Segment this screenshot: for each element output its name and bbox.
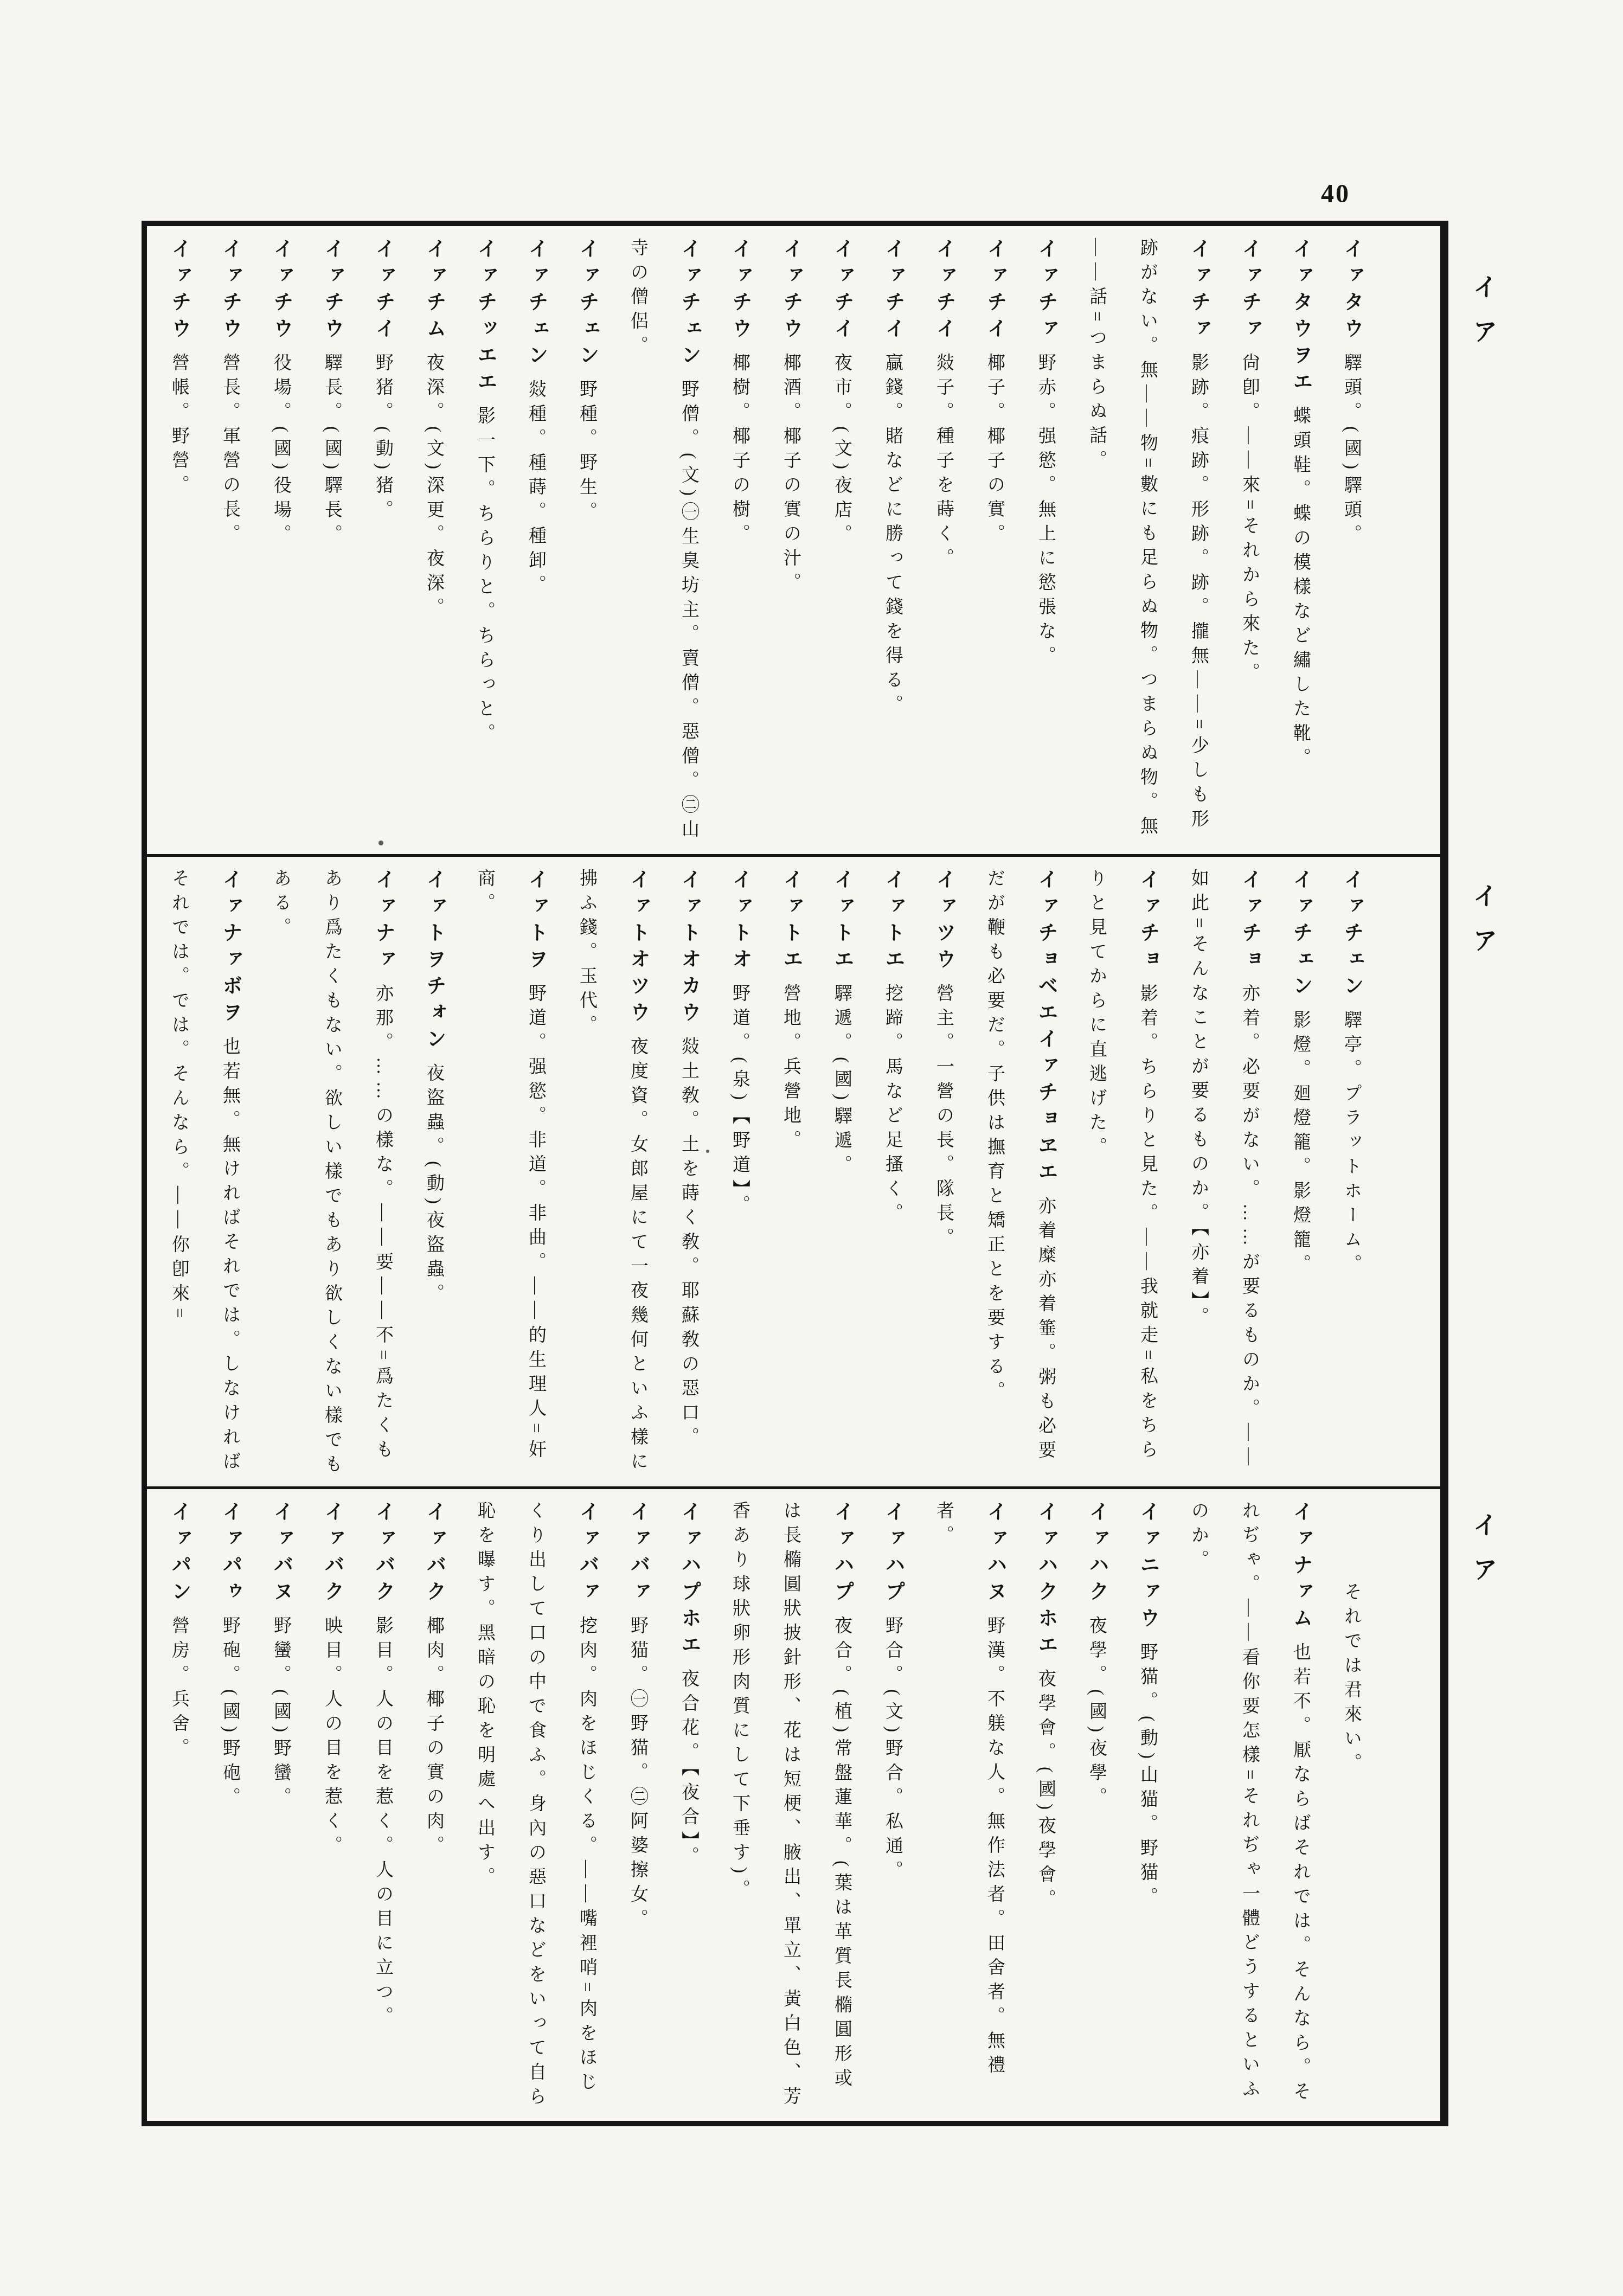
entry-headword-kana: イァチェン bbox=[525, 238, 547, 371]
entry-definition: 夜學會。(國)夜學會。 bbox=[1036, 1669, 1055, 1914]
dictionary-entry: イァチイ贏錢。賭などに勝って錢を得る。 bbox=[867, 238, 918, 849]
thumb-index-kana: ア bbox=[1470, 318, 1497, 363]
entry-headword-kana: イァナァ bbox=[372, 869, 394, 975]
dictionary-entry: イァバク影目。人の目を惹く。人の目に立つ。 bbox=[357, 1501, 408, 2115]
entry-headword-kana: イァチェン bbox=[678, 238, 700, 371]
entry-headword-kana: イァチェン bbox=[1290, 869, 1312, 1002]
dictionary-entry: イァバァ野猫。㊀野猫。㊁阿婆擦女。 bbox=[612, 1501, 663, 2115]
dictionary-entry: それでは君來い。 bbox=[1326, 1501, 1377, 2115]
entry-definition: 影目。人の目を惹く。人の目に立つ。 bbox=[373, 1616, 393, 2031]
dictionary-entry: イァチム夜深。(文)深更。夜深。 bbox=[408, 238, 459, 849]
dictionary-entry: イァタウ驛頭。(國)驛頭。 bbox=[1326, 238, 1377, 849]
thumb-index-section-1: イア bbox=[1465, 274, 1501, 363]
entry-definition: それでは君來い。 bbox=[1342, 1582, 1361, 1778]
entry-definition: 挖蹄。馬など足搔く。 bbox=[883, 984, 902, 1228]
dictionary-entry: イァチァ尙卽。――來=それから來た。 bbox=[1224, 238, 1275, 849]
entry-headword-kana: イァチァ bbox=[1035, 238, 1057, 344]
dictionary-entry: イァトエ挖蹄。馬など足搔く。 bbox=[867, 869, 918, 1481]
entry-headword-kana: イァチェン bbox=[576, 238, 598, 371]
thumb-index-kana: ア bbox=[1470, 927, 1497, 972]
entry-headword-kana: イァトヲチォン bbox=[423, 869, 445, 1055]
entry-headword-kana: イァチウ bbox=[270, 238, 292, 344]
dictionary-entry: イァバク映目。人の目を惹く。 bbox=[306, 1501, 357, 2115]
entry-definition: 椰樹。椰子の樹。 bbox=[730, 353, 749, 548]
entry-definition: 夜市。(文)夜店。 bbox=[832, 353, 851, 549]
dictionary-entry: イァトエ驛遞。(國)驛遞。 bbox=[816, 869, 867, 1481]
thumb-index-kana: ア bbox=[1470, 1556, 1497, 1601]
dictionary-entry: イァパゥ野砲。(國)野砲。 bbox=[204, 1501, 255, 2115]
dictionary-entry: イァチウ椰樹。椰子の樹。 bbox=[714, 238, 765, 849]
entry-headword-kana: イァトオカウ bbox=[678, 869, 700, 1028]
entry-definition: 椰肉。椰子の實の肉。 bbox=[424, 1616, 444, 1860]
entry-definition: 驛長。(國)驛長。 bbox=[322, 353, 342, 549]
dictionary-entry: イァトエ營地。兵營地。 bbox=[765, 869, 816, 1481]
dictionary-entry: イァナァム也若不。厭ならばそれでは。そんなら。それぢゃ。――看你要怎樣=それぢゃ… bbox=[1173, 1501, 1326, 2115]
entry-headword-kana: イァバァ bbox=[627, 1501, 649, 1607]
dictionary-entry: イァチェン野僧。(文)㊀生臭坊主。賣僧。惡僧。㊁山寺の僧侶。 bbox=[612, 238, 714, 849]
entry-definition: 敥子。種子を蒔く。 bbox=[934, 353, 953, 573]
entry-columns: イァタウ驛頭。(國)驛頭。 イァタウヲエ蝶頭鞋。蝶の模樣など繡した靴。 イァチァ… bbox=[153, 238, 1377, 849]
dictionary-entry: イァハヌ野漢。不躾な人。無作法者。田舍者。無禮者。 bbox=[918, 1501, 1020, 2115]
dictionary-entry: イァチョベエイァチョヱエ亦着糜亦着箠。粥も必要だが鞭も必要だ。子供は撫育と矯正と… bbox=[969, 869, 1071, 1481]
entry-headword-kana: イァハヌ bbox=[984, 1501, 1006, 1607]
entry-definition: 影一下。ちらりと。ちらっと。 bbox=[475, 406, 495, 748]
dictionary-band-middle: イァチェン驛亭。プラットホーム。 イァチェン影燈。廻燈籠。影燈籠。 イァチョ亦着… bbox=[147, 854, 1440, 1486]
entry-headword-kana: イァチェン bbox=[1340, 869, 1363, 1002]
dictionary-band-bottom: それでは君來い。 イァナァム也若不。厭ならばそれでは。そんなら。それぢゃ。――看… bbox=[147, 1486, 1440, 2121]
entry-definition: 營主。一營の長。隊長。 bbox=[934, 984, 953, 1252]
dictionary-entry: イァチッエエ影一下。ちらりと。ちらっと。 bbox=[459, 238, 510, 849]
dictionary-entry: イァバク椰肉。椰子の實の肉。 bbox=[408, 1501, 459, 2115]
entry-definition: 野猫。㊀野猫。㊁阿婆擦女。 bbox=[628, 1616, 647, 1933]
entry-definition: 影燈。廻燈籠。影燈籠。 bbox=[1291, 1010, 1310, 1279]
thumb-index-section-3: イア bbox=[1465, 1512, 1501, 1601]
entry-definition: 役場。(國)役場。 bbox=[271, 353, 291, 549]
entry-headword-kana: イァチョ bbox=[1239, 869, 1261, 975]
dictionary-entry: イァトオツウ夜度資。女郎屋にて一夜幾何といふ樣に拂ふ錢。玉代。 bbox=[561, 869, 663, 1481]
dictionary-frame: イァタウ驛頭。(國)驛頭。 イァタウヲエ蝶頭鞋。蝶の模樣など繡した靴。 イァチァ… bbox=[142, 221, 1448, 2126]
entry-headword-kana: イァチウ bbox=[321, 238, 343, 344]
entry-headword-kana: イァハクホエ bbox=[1035, 1501, 1057, 1660]
entry-headword-kana: イァパン bbox=[168, 1501, 190, 1607]
entry-headword-kana: イァタウヲエ bbox=[1290, 238, 1312, 397]
entry-headword-kana: イァチァ bbox=[1239, 238, 1261, 344]
dictionary-entry: イァトヲ野道。强慾。非道。非曲。――的生理人=奸商。 bbox=[459, 869, 561, 1481]
entry-headword-kana: イァタウ bbox=[1340, 238, 1363, 344]
entry-headword-kana: イァバヌ bbox=[270, 1501, 292, 1607]
dictionary-entry: イァチェン驛亭。プラットホーム。 bbox=[1326, 869, 1377, 1481]
dictionary-entry: イァチイ野猪。(動)猪。 bbox=[357, 238, 408, 849]
entry-definition: 營帳。野營。 bbox=[169, 353, 189, 499]
entry-definition: 贏錢。賭などに勝って錢を得る。 bbox=[883, 353, 902, 719]
dictionary-entry: イァナァ亦那。……の樣な。――要――不=爲たくもあり爲たくもない。欲しい樣でもあ… bbox=[255, 869, 408, 1481]
entry-definition: 蝶頭鞋。蝶の模樣など繡した靴。 bbox=[1291, 406, 1310, 772]
dictionary-entry: イァチァ野赤。强慾。無上に慾張な。 bbox=[1020, 238, 1071, 849]
entry-definition: 營房。兵舍。 bbox=[169, 1616, 189, 1762]
dictionary-entry: イァチョ亦着。必要がない。……が要るものか。――如此=そんなことが要るものか。【… bbox=[1173, 869, 1275, 1481]
dictionary-entry: イァハプホエ夜合花。【夜合】。 bbox=[663, 1501, 714, 2115]
page-number: 40 bbox=[1321, 179, 1350, 209]
dictionary-entry: イァチウ役場。(國)役場。 bbox=[255, 238, 306, 849]
thumb-index-section-2: イア bbox=[1465, 883, 1501, 972]
dictionary-entry: イァパン營房。兵舍。 bbox=[153, 1501, 204, 2115]
entry-headword-kana: イァチウ bbox=[780, 238, 802, 344]
entry-definition: 夜深。(文)深更。夜深。 bbox=[424, 353, 444, 622]
entry-columns: それでは君來い。 イァナァム也若不。厭ならばそれでは。そんなら。それぢゃ。――看… bbox=[153, 1501, 1377, 2115]
entry-headword-kana: イァバァ bbox=[576, 1501, 598, 1607]
dictionary-entry: イァトオカウ敥土敎。土を蒔く敎。耶蘇敎の惡口。 bbox=[663, 869, 714, 1481]
dictionary-entry: イァチェン敥種。種蒔。種卸。 bbox=[510, 238, 561, 849]
entry-definition: 夜盜蟲。(動)夜盜蟲。 bbox=[424, 1063, 444, 1308]
entry-definition: 野合。(文)野合。私通。 bbox=[883, 1616, 902, 1885]
entry-definition: 野砲。(國)野砲。 bbox=[220, 1616, 240, 1812]
dictionary-entry: イァチウ椰酒。椰子の實の汁。 bbox=[765, 238, 816, 849]
entry-definition: 椰子。椰子の實。 bbox=[985, 353, 1004, 548]
dictionary-entry: イァチョ影着。ちらりと見た。――我就走=私をちらりと見てからに直逃げた。 bbox=[1071, 869, 1173, 1481]
entry-definition: 野猫。(動)山猫。野猫。 bbox=[1138, 1643, 1157, 1912]
entry-headword-kana: イァチウ bbox=[729, 238, 751, 344]
entry-definition: 野種。野生。 bbox=[577, 380, 596, 526]
entry-definition: 營地。兵營地。 bbox=[781, 984, 800, 1155]
entry-headword-kana: イァパゥ bbox=[219, 1501, 241, 1607]
dictionary-entry: イァハクホエ夜學會。(國)夜學會。 bbox=[1020, 1501, 1071, 2115]
entry-headword-kana: イァナァボヲ bbox=[219, 869, 241, 1028]
dictionary-entry: イァトオ野道。(泉)【野道】。 bbox=[714, 869, 765, 1481]
dictionary-entry: イァチェン野種。野生。 bbox=[561, 238, 612, 849]
dictionary-entry: イァツウ營主。一營の長。隊長。 bbox=[918, 869, 969, 1481]
dictionary-entry: イァハプ野合。(文)野合。私通。 bbox=[867, 1501, 918, 2115]
entry-columns: イァチェン驛亭。プラットホーム。 イァチェン影燈。廻燈籠。影燈籠。 イァチョ亦着… bbox=[153, 869, 1377, 1481]
entry-definition: 野道。(泉)【野道】。 bbox=[730, 984, 749, 1219]
thumb-index-kana: イ bbox=[1470, 883, 1497, 927]
entry-definition: 夜學。(國)夜學。 bbox=[1087, 1616, 1106, 1812]
entry-definition: 野蠻。(國)野蠻。 bbox=[271, 1616, 291, 1812]
dictionary-entry: イァチイ敥子。種子を蒔く。 bbox=[918, 238, 969, 849]
entry-headword-kana: イァチイ bbox=[933, 238, 955, 344]
entry-definition: 映目。人の目を惹く。 bbox=[322, 1616, 342, 1860]
entry-definition: 營長。軍營の長。 bbox=[220, 353, 240, 548]
entry-headword-kana: イァバク bbox=[372, 1501, 394, 1607]
entry-headword-kana: イァチイ bbox=[831, 238, 853, 344]
dictionary-entry: イァチウ營長。軍營の長。 bbox=[204, 238, 255, 849]
entry-definition: 野猪。(動)猪。 bbox=[373, 353, 393, 524]
entry-definition: 椰酒。椰子の實の汁。 bbox=[781, 353, 800, 597]
dictionary-entry: イァタウヲエ蝶頭鞋。蝶の模樣など繡した靴。 bbox=[1275, 238, 1326, 849]
entry-definition: 驛遞。(國)驛遞。 bbox=[832, 984, 851, 1179]
entry-headword-kana: イァチウ bbox=[219, 238, 241, 344]
entry-headword-kana: イァチョ bbox=[1137, 869, 1159, 975]
entry-headword-kana: イァトヲ bbox=[525, 869, 547, 975]
entry-headword-kana: イァトオ bbox=[729, 869, 751, 975]
entry-headword-kana: イァチッエエ bbox=[474, 238, 496, 397]
entry-definition: 驛頭。(國)驛頭。 bbox=[1342, 353, 1361, 549]
thumb-index-kana: イ bbox=[1470, 274, 1497, 318]
scanned-dictionary-page: 40 イア イア イア イァタウ驛頭。(國)驛頭。 イァタウヲエ蝶頭鞋。蝶の模樣… bbox=[0, 0, 1623, 2296]
dictionary-entry: イァハク夜學。(國)夜學。 bbox=[1071, 1501, 1122, 2115]
dictionary-entry: イァチウ驛長。(國)驛長。 bbox=[306, 238, 357, 849]
entry-definition: 驛亭。プラットホーム。 bbox=[1342, 1010, 1361, 1279]
dictionary-band-top: イァタウ驛頭。(國)驛頭。 イァタウヲエ蝶頭鞋。蝶の模樣など繡した靴。 イァチァ… bbox=[147, 226, 1440, 854]
entry-headword-kana: イァトエ bbox=[780, 869, 802, 975]
entry-definition: 夜合花。【夜合】。 bbox=[679, 1669, 698, 1871]
scan-speck bbox=[706, 1150, 709, 1153]
dictionary-entry: イァチイ夜市。(文)夜店。 bbox=[816, 238, 867, 849]
dictionary-entry: イァトヲチォン夜盜蟲。(動)夜盜蟲。 bbox=[408, 869, 459, 1481]
entry-headword-kana: イァハプ bbox=[882, 1501, 904, 1607]
entry-headword-kana: イァチァ bbox=[1188, 238, 1210, 344]
entry-headword-kana: イァハプホエ bbox=[678, 1501, 700, 1660]
thumb-index-kana: イ bbox=[1470, 1512, 1497, 1556]
entry-definition: 野赤。强慾。無上に慾張な。 bbox=[1036, 353, 1055, 670]
entry-headword-kana: イァチイ bbox=[882, 238, 904, 344]
entry-headword-kana: イァハク bbox=[1086, 1501, 1108, 1607]
entry-definition: 敥土敎。土を蒔く敎。耶蘇敎の惡口。 bbox=[679, 1037, 698, 1452]
dictionary-entry: イァチェン影燈。廻燈籠。影燈籠。 bbox=[1275, 869, 1326, 1481]
entry-headword-kana: イァチム bbox=[423, 238, 445, 344]
scan-speck bbox=[379, 841, 383, 845]
dictionary-entry: イァバヌ野蠻。(國)野蠻。 bbox=[255, 1501, 306, 2115]
entry-headword-kana: イァナァム bbox=[1290, 1501, 1312, 1634]
dictionary-entry: イァチイ椰子。椰子の實。 bbox=[969, 238, 1020, 849]
entry-headword-kana: イァチイ bbox=[372, 238, 394, 344]
entry-definition: 尙卽。――來=それから來た。 bbox=[1240, 353, 1259, 687]
entry-headword-kana: イァチイ bbox=[984, 238, 1006, 344]
entry-definition: 敥種。種蒔。種卸。 bbox=[526, 380, 546, 599]
dictionary-entry: イァナァボヲ也若無。無ければそれでは。しなければそれでは。では。そんなら。――你… bbox=[153, 869, 255, 1481]
entry-headword-kana: イァトエ bbox=[831, 869, 853, 975]
dictionary-entry: イァバァ挖肉。肉をほじくる。――嘴裡哨=肉をほじくり出して口の中で食ふ。身內の惡… bbox=[459, 1501, 612, 2115]
dictionary-entry: イァハプ夜合。(植)常盤蓮華。(葉は革質長橢圓形或は長橢圓狀披針形、花は短梗、腋… bbox=[714, 1501, 867, 2115]
entry-headword-kana: イァニァウ bbox=[1137, 1501, 1159, 1634]
entry-headword-kana: イァチョベエイァチョヱエ bbox=[1035, 869, 1057, 1188]
entry-headword-kana: イァトエ bbox=[882, 869, 904, 975]
dictionary-entry: イァニァウ野猫。(動)山猫。野猫。 bbox=[1122, 1501, 1173, 2115]
entry-headword-kana: イァバク bbox=[321, 1501, 343, 1607]
entry-headword-kana: イァトオツウ bbox=[627, 869, 649, 1028]
entry-headword-kana: イァツウ bbox=[933, 869, 955, 975]
entry-headword-kana: イァチウ bbox=[168, 238, 190, 344]
dictionary-entry: イァチァ影跡。痕跡。形跡。跡。攏無――=少しも形跡がない。無――物=數にも足らぬ… bbox=[1071, 238, 1224, 849]
entry-headword-kana: イァハプ bbox=[831, 1501, 853, 1607]
entry-headword-kana: イァバク bbox=[423, 1501, 445, 1607]
dictionary-entry: イァチウ營帳。野營。 bbox=[153, 238, 204, 849]
